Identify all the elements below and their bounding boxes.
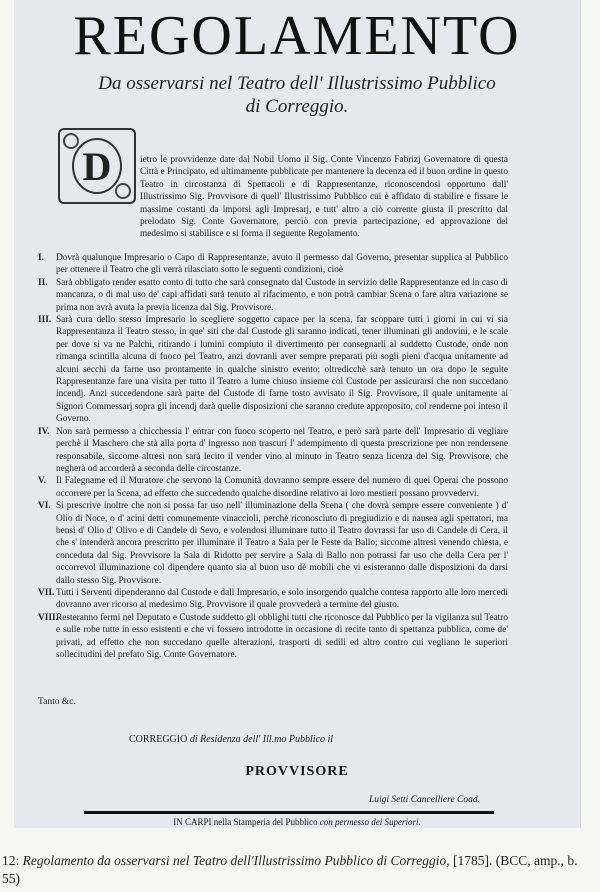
article-item: VIII.Resteranno fermi nel Deputato e Cus…	[38, 612, 508, 662]
article-number: II.	[38, 277, 56, 314]
article-text: Sarà obbligato render esatto conto di tu…	[56, 277, 508, 314]
article-number: IV.	[38, 426, 56, 476]
article-item: I.Dovrà qualunque Impresario o Capo di R…	[38, 252, 508, 277]
article-text: Resteranno fermi nel Deputato e Custode …	[56, 612, 508, 662]
document-title: REGOLAMENTO	[14, 6, 580, 66]
article-text: Il Falegname ed il Muratore che servono …	[56, 475, 508, 500]
article-item: VII.Tutti i Serventi dipenderanno dal Cu…	[38, 587, 508, 612]
article-text: Dovrà qualunque Impresario o Capo di Rap…	[56, 252, 508, 277]
article-number: I.	[38, 252, 56, 277]
document-subtitle-line2: di Correggio.	[14, 95, 580, 118]
article-text: Si prescrive inoltre che non si possa fa…	[56, 500, 508, 587]
margin-annotation: · · ·	[502, 386, 512, 395]
article-number: VIII.	[38, 612, 56, 662]
document-subtitle-line1: Da osservarsi nel Teatro dell' Illustris…	[14, 72, 580, 95]
printer-imprint: IN CARPI nella Stamperia del Pubblico co…	[14, 817, 580, 827]
printed-broadside: REGOLAMENTO Da osservarsi nel Teatro del…	[14, 0, 581, 828]
article-number: III.	[38, 314, 56, 426]
closing-formula: Tanto &c.	[38, 697, 76, 707]
article-number: VI.	[38, 500, 56, 587]
article-item: IV.Non sarà permesso a chicchessia l' en…	[38, 426, 508, 476]
article-item: III.Sarà cura dello stesso Impresario lo…	[38, 314, 508, 426]
article-item: V.Il Falegname ed il Muratore che servon…	[38, 475, 508, 500]
article-number: V.	[38, 475, 56, 500]
article-text: Tutti i Serventi dipenderanno dal Custod…	[56, 587, 508, 612]
article-text: Sarà cura dello stesso Impresario lo sce…	[56, 314, 508, 426]
provvisore-heading: PROVVISORE	[14, 764, 580, 780]
article-text: Non sarà permesso a chicchessia l' entra…	[56, 426, 508, 476]
articles-list: I.Dovrà qualunque Impresario o Capo di R…	[38, 252, 508, 661]
article-number: VII.	[38, 587, 56, 612]
intro-paragraph: ietro le provvidenze date dal Nobil Uomo…	[38, 154, 508, 241]
figure-caption: 12: Regolamento da osservarsi nel Teatro…	[2, 852, 598, 888]
article-item: II.Sarà obbligato render esatto conto di…	[38, 277, 508, 314]
residence-line: CORREGGIO di Residenza dell' Ill.mo Pubb…	[129, 734, 333, 745]
signature: Luigi Setti Cancelliere Coad.	[369, 795, 480, 805]
article-item: VI.Si prescrive inoltre che non si possa…	[38, 500, 508, 587]
divider-rule	[84, 811, 494, 814]
